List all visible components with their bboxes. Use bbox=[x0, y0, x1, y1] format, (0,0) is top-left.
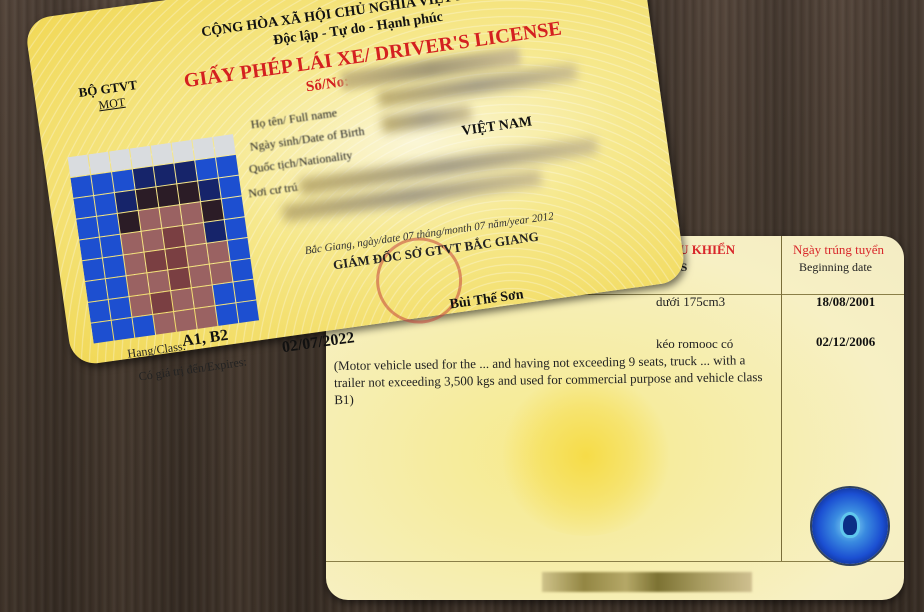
header-date-en: Beginning date bbox=[799, 260, 872, 275]
class-description: (Motor vehicle used for the ... and havi… bbox=[334, 351, 775, 408]
serial-redacted bbox=[542, 572, 752, 592]
row-2-text: kéo romooc có bbox=[656, 336, 733, 352]
expires-label: Có giá trị đến/Expires: bbox=[138, 354, 248, 384]
row-2-date: 02/12/2006 bbox=[816, 334, 875, 350]
divider bbox=[326, 561, 904, 562]
row-1-text: dưới 175cm3 bbox=[656, 294, 725, 310]
divider bbox=[781, 236, 782, 561]
header-date-vi: Ngày trúng tuyển bbox=[793, 242, 884, 258]
row-1-date: 18/08/2001 bbox=[816, 294, 875, 310]
hologram-seal-icon bbox=[812, 488, 888, 564]
photo-pixelated bbox=[68, 134, 261, 346]
